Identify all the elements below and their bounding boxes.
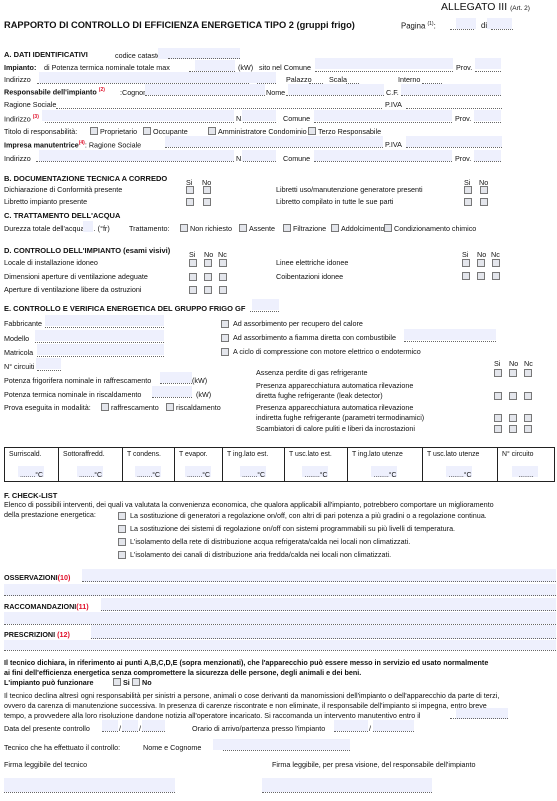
nome-cognome-label: Nome e Cognome bbox=[143, 743, 201, 752]
indirizzo-resp-field[interactable] bbox=[42, 110, 234, 121]
d-item-label: Dimensioni aperture di ventilazione adeg… bbox=[4, 272, 148, 281]
cf-label: C.F. bbox=[386, 88, 399, 97]
temp-cell[interactable]: T ing.lato est.........°C bbox=[223, 448, 285, 482]
potenza-frig-field[interactable] bbox=[160, 372, 192, 383]
checkbox-no[interactable] bbox=[204, 286, 212, 294]
checklist-item: L'isolamento della rete di distribuzione… bbox=[130, 537, 410, 546]
comune-resp-field[interactable] bbox=[314, 110, 452, 121]
checklist-intro: della prestazione energetica: bbox=[4, 510, 96, 519]
checkbox-type[interactable] bbox=[221, 348, 229, 356]
kw-unit: (kW) bbox=[192, 376, 207, 385]
temp-cell[interactable]: T ing.lato utenze........°C bbox=[348, 448, 423, 482]
cognome-field[interactable] bbox=[145, 84, 265, 95]
pagine-totali-field[interactable] bbox=[487, 18, 512, 29]
col-no: No bbox=[204, 250, 213, 259]
checkbox-no[interactable] bbox=[477, 259, 485, 267]
data-giorno-field[interactable] bbox=[102, 720, 118, 731]
trattamento-non-richiesto[interactable]: Non richiesto bbox=[180, 224, 232, 233]
trattamento-label: Trattamento: bbox=[129, 224, 169, 233]
col-si: Si bbox=[462, 250, 468, 259]
checkbox-si[interactable] bbox=[462, 259, 470, 267]
circuiti-label: N° circuiti bbox=[4, 362, 34, 371]
trattamento-condizionamento[interactable]: Condizionamento chimico bbox=[384, 224, 476, 233]
indirizzo-impianto-field[interactable] bbox=[39, 72, 247, 83]
checkbox-no[interactable] bbox=[203, 198, 211, 206]
trattamento-filtrazione[interactable]: Filtrazione bbox=[283, 224, 326, 233]
checkbox-nc[interactable] bbox=[524, 369, 532, 377]
checkbox-no[interactable] bbox=[204, 259, 212, 267]
col-nc: Nc bbox=[524, 359, 533, 368]
pagina-field[interactable] bbox=[456, 18, 476, 29]
checkbox-no[interactable] bbox=[480, 186, 488, 194]
checkbox-checklist[interactable] bbox=[118, 525, 126, 533]
checkbox-no[interactable] bbox=[480, 198, 488, 206]
checkbox-si[interactable] bbox=[189, 286, 197, 294]
section-c-title: C. TRATTAMENTO DELL'ACQUA bbox=[4, 211, 120, 220]
checkbox[interactable] bbox=[166, 403, 174, 411]
checkbox-no[interactable] bbox=[203, 186, 211, 194]
checkbox-nc[interactable] bbox=[219, 273, 227, 281]
e-check-label: Scambiatori di calore puliti e liberi da… bbox=[256, 424, 415, 433]
civico-impianto-field[interactable] bbox=[242, 72, 276, 83]
indirizzo-label: Indirizzo bbox=[4, 75, 31, 84]
page-title: RAPPORTO DI CONTROLLO DI EFFICIENZA ENER… bbox=[4, 20, 355, 30]
temp-cell[interactable]: T usc.lato utenze........°C bbox=[423, 448, 498, 482]
checkbox[interactable] bbox=[101, 403, 109, 411]
impresa-civico-field[interactable] bbox=[242, 150, 276, 161]
declaration-text: ai fini dell'efficienza energetica senza… bbox=[4, 668, 361, 677]
titolo-amministratore[interactable]: Amministratore Condominio bbox=[208, 127, 307, 136]
responsabile-label: Responsabile dell'impianto (2) bbox=[4, 87, 105, 96]
section-a-title: A. DATI IDENTIFICATIVI bbox=[4, 50, 88, 59]
d-item-label: Coibentazioni idonee bbox=[276, 272, 343, 281]
checkbox-nc[interactable] bbox=[492, 272, 500, 280]
impresa-piva-field[interactable] bbox=[406, 136, 502, 147]
checkbox[interactable] bbox=[208, 127, 216, 135]
checkbox-si[interactable] bbox=[494, 392, 502, 400]
checkbox-si[interactable] bbox=[189, 259, 197, 267]
checkbox-type[interactable] bbox=[221, 334, 229, 342]
tecnico-label: Tecnico che ha effettuato il controllo: bbox=[4, 743, 120, 752]
disclaimer-text: ovvero da carenza di manutenzione succes… bbox=[4, 701, 487, 710]
checkbox-checklist[interactable] bbox=[118, 551, 126, 559]
checkbox[interactable] bbox=[384, 224, 392, 232]
ragione-sociale-label: Ragione Sociale bbox=[4, 100, 56, 109]
data-label: Data del presente controllo bbox=[4, 724, 90, 733]
data-anno-field[interactable] bbox=[142, 720, 165, 731]
trattamento-addolcimento[interactable]: Addolcimento bbox=[331, 224, 385, 233]
prova-label: Prova eseguita in modalità: bbox=[4, 403, 91, 412]
checklist-intro: Elenco di possibili interventi, dei qual… bbox=[4, 500, 494, 509]
col-nc: Nc bbox=[491, 250, 500, 259]
checkbox-si[interactable] bbox=[189, 273, 197, 281]
col-nc: Nc bbox=[218, 250, 227, 259]
impresa-indirizzo-field[interactable] bbox=[39, 150, 234, 161]
titolo-responsabilita-label: Titolo di responsabilità: bbox=[4, 127, 77, 136]
checkbox-nc[interactable] bbox=[524, 392, 532, 400]
raccomandazioni-label: RACCOMANDAZIONI(11) bbox=[4, 602, 89, 611]
checkbox-nc[interactable] bbox=[524, 425, 532, 433]
comune-resp-label: Comune bbox=[283, 114, 310, 123]
prescrizioni-field-2[interactable] bbox=[4, 640, 556, 650]
funziona-si[interactable]: Si bbox=[113, 678, 130, 687]
type-label: Ad assorbimento per recupero del calore bbox=[233, 319, 363, 328]
checkbox-si[interactable] bbox=[494, 369, 502, 377]
potenza-frig-label: Potenza frigorifera nominale in raffresc… bbox=[4, 376, 151, 385]
matricola-field[interactable] bbox=[37, 344, 164, 355]
firma-tecnico-field[interactable] bbox=[4, 778, 175, 792]
checkbox[interactable] bbox=[331, 224, 339, 232]
checklist-item: La sostituzione di generatori a regolazi… bbox=[130, 511, 487, 520]
codice-catasto-label: codice catasto bbox=[115, 51, 161, 60]
civico-resp-field[interactable] bbox=[242, 110, 276, 121]
orario-partenza-field[interactable] bbox=[373, 720, 414, 731]
date-separator: / bbox=[139, 724, 141, 733]
col-no: No bbox=[509, 359, 518, 368]
potenza-term-label: Potenza termica nominale in riscaldament… bbox=[4, 390, 141, 399]
fabbricante-label: Fabbricante bbox=[4, 319, 42, 328]
circuiti-field[interactable] bbox=[36, 358, 61, 369]
checkbox-si[interactable] bbox=[186, 198, 194, 206]
interno-label: Interno bbox=[398, 75, 420, 84]
checkbox[interactable] bbox=[283, 224, 291, 232]
col-si: Si bbox=[189, 250, 195, 259]
checkbox[interactable] bbox=[90, 127, 98, 135]
checkbox-si[interactable] bbox=[186, 186, 194, 194]
e-check-label: Assenza perdite di gas refrigerante bbox=[256, 368, 367, 377]
prova-riscaldamento[interactable]: riscaldamento bbox=[166, 403, 221, 412]
d-item-label: Locale di installazione idoneo bbox=[4, 258, 98, 267]
orario-arrivo-field[interactable] bbox=[334, 720, 368, 731]
piva-label: P.IVA bbox=[385, 100, 402, 109]
checkbox[interactable] bbox=[239, 224, 247, 232]
checkbox-si[interactable] bbox=[462, 272, 470, 280]
b-item-label: Libretto impianto presente bbox=[4, 197, 87, 206]
checkbox-nc[interactable] bbox=[524, 414, 532, 422]
prov-impianto-field[interactable] bbox=[475, 58, 501, 69]
impresa-prov-field[interactable] bbox=[474, 150, 501, 161]
checkbox-si[interactable] bbox=[464, 186, 472, 194]
temp-cell[interactable]: T evapor.........°C bbox=[175, 448, 223, 482]
disclaimer-text: tempo, a provvedere alla loro risoluzion… bbox=[4, 711, 421, 720]
declaration-text: Il tecnico dichiara, in riferimento ai p… bbox=[4, 658, 488, 667]
checkbox[interactable] bbox=[180, 224, 188, 232]
checkbox-nc[interactable] bbox=[219, 286, 227, 294]
checkbox-no[interactable] bbox=[509, 392, 517, 400]
type-label: Ad assorbimento a fiamma diretta con com… bbox=[233, 333, 396, 342]
temp-cell[interactable]: T usc.lato est.........°C bbox=[285, 448, 348, 482]
scala-label: Scala bbox=[329, 75, 347, 84]
checkbox-no[interactable] bbox=[204, 273, 212, 281]
checkbox-nc[interactable] bbox=[492, 259, 500, 267]
gf-number-field[interactable] bbox=[252, 299, 279, 310]
checklist-item: La sostituzione dei sistemi di regolazio… bbox=[130, 524, 455, 533]
b-item-label: Libretto compilato in tutte le sue parti bbox=[276, 197, 393, 206]
prova-raffrescamento[interactable]: raffrescamento bbox=[101, 403, 159, 412]
time-separator: / bbox=[369, 724, 371, 733]
comune-impianto-field[interactable] bbox=[315, 58, 453, 69]
trattamento-assente[interactable]: Assente bbox=[239, 224, 275, 233]
checkbox-no[interactable] bbox=[509, 369, 517, 377]
prov-resp-field[interactable] bbox=[474, 110, 501, 121]
checkbox[interactable] bbox=[143, 127, 151, 135]
section-d-title: D. CONTROLLO DELL'IMPIANTO (esami visivi… bbox=[4, 246, 170, 255]
checkbox-checklist[interactable] bbox=[118, 538, 126, 546]
firma-responsabile-label: Firma leggibile, per presa visione, del … bbox=[272, 760, 476, 769]
col-no: No bbox=[477, 250, 486, 259]
raccomandazioni-field-2[interactable] bbox=[4, 612, 556, 624]
impresa-comune-label: Comune bbox=[283, 154, 310, 163]
prescrizioni-label: PRESCRIZIONI (12) bbox=[4, 630, 70, 639]
temperature-table: Surriscald.........°C Sottoraffredd.....… bbox=[4, 447, 555, 482]
prov-label: Prov. bbox=[456, 63, 472, 72]
durezza-label: Durezza totale dell'acqua….. (°fr) bbox=[4, 224, 110, 233]
e-check-label: indiretta fughe refrigerante (parametri … bbox=[256, 413, 424, 422]
sito-comune-label: sito nel Comune bbox=[259, 63, 311, 72]
impresa-indirizzo-label: Indirizzo bbox=[4, 154, 31, 163]
firma-responsabile-field[interactable] bbox=[262, 778, 432, 792]
impresa-prov-label: Prov. bbox=[455, 154, 471, 163]
checkbox-no[interactable] bbox=[509, 414, 517, 422]
cf-field[interactable] bbox=[401, 84, 501, 95]
prov-resp-label: Prov. bbox=[455, 114, 471, 123]
data-mese-field[interactable] bbox=[122, 720, 138, 731]
e-check-label: Presenza apparecchiatura automatica rile… bbox=[256, 381, 413, 390]
col-si: Si bbox=[494, 359, 500, 368]
matricola-label: Matricola bbox=[4, 348, 33, 357]
funziona-label: L'impianto può funzionare bbox=[4, 678, 94, 687]
nome-label: Nome bbox=[266, 88, 285, 97]
checkbox-no[interactable] bbox=[477, 272, 485, 280]
funziona-no[interactable]: No bbox=[132, 678, 152, 687]
e-check-label: Presenza apparecchiatura automatica rile… bbox=[256, 403, 413, 412]
nome-field[interactable] bbox=[288, 84, 384, 95]
b-item-label: Libretti uso/manutenzione generatore pre… bbox=[276, 185, 423, 194]
impianto-label: Impianto: bbox=[4, 63, 36, 72]
titolo-proprietario[interactable]: Proprietario bbox=[90, 127, 137, 136]
temp-cell[interactable]: Surriscald.........°C bbox=[5, 448, 59, 482]
disclaimer-text: Il tecnico declina altresì ogni responsa… bbox=[4, 691, 499, 700]
titolo-terzo-responsabile[interactable]: Terzo Responsabile bbox=[308, 127, 381, 136]
prescrizioni-field[interactable] bbox=[91, 625, 556, 639]
section-f-title: F. CHECK-LIST bbox=[4, 491, 57, 500]
e-check-label: diretta fughe refrigerante (leak detecto… bbox=[256, 391, 383, 400]
d-item-label: Linee elettriche idonee bbox=[276, 258, 348, 267]
checkbox[interactable] bbox=[132, 678, 140, 686]
modello-label: Modello bbox=[4, 334, 29, 343]
checkbox[interactable] bbox=[308, 127, 316, 135]
checkbox-si[interactable] bbox=[494, 414, 502, 422]
section-b-title: B. DOCUMENTAZIONE TECNICA A CORREDO bbox=[4, 174, 167, 183]
type-label: A ciclo di compressione con motore elett… bbox=[233, 347, 421, 356]
checkbox-si[interactable] bbox=[494, 425, 502, 433]
modello-field[interactable] bbox=[35, 330, 164, 341]
date-separator: / bbox=[119, 724, 121, 733]
palazzo-label: Palazzo bbox=[286, 75, 312, 84]
durezza-field[interactable] bbox=[83, 221, 93, 232]
fabbricante-field[interactable] bbox=[45, 315, 164, 326]
kw-unit: (kW) bbox=[238, 63, 253, 72]
checkbox-type[interactable] bbox=[221, 320, 229, 328]
potenza-field[interactable] bbox=[195, 60, 235, 71]
checkbox-nc[interactable] bbox=[219, 259, 227, 267]
combustibile-field[interactable] bbox=[404, 329, 496, 340]
impresa-ragione-sociale-field[interactable] bbox=[165, 136, 383, 147]
temp-cell[interactable]: N° circuito........ bbox=[498, 448, 555, 482]
osservazioni-label: OSSERVAZIONI(10) bbox=[4, 573, 70, 582]
checkbox[interactable] bbox=[113, 678, 121, 686]
checkbox-si[interactable] bbox=[464, 198, 472, 206]
indirizzo-resp-label: Indirizzo (3) bbox=[4, 114, 39, 123]
titolo-occupante[interactable]: Occupante bbox=[143, 127, 188, 136]
b-item-label: Dichiarazione di Conformità presente bbox=[4, 185, 122, 194]
potenza-label: di Potenza termica nominale totale max bbox=[44, 63, 170, 72]
kw-unit: (kW) bbox=[196, 390, 211, 399]
tecnico-nome-field[interactable] bbox=[213, 739, 350, 750]
impresa-comune-field[interactable] bbox=[314, 150, 452, 161]
orario-label: Orario di arrivo/partenza presso l'impia… bbox=[192, 724, 325, 733]
allegato-label: ALLEGATO III (Art. 2) bbox=[441, 1, 530, 13]
d-item-label: Aperture di ventilazione libere da ostru… bbox=[4, 285, 141, 294]
checklist-item: L'isolamento dei canali di distribuzione… bbox=[130, 550, 391, 559]
impresa-piva-label: P.IVA bbox=[385, 140, 402, 149]
temp-cell[interactable]: T condens.........°C bbox=[123, 448, 175, 482]
checkbox-checklist[interactable] bbox=[118, 512, 126, 520]
checkbox-no[interactable] bbox=[509, 425, 517, 433]
firma-tecnico-label: Firma leggibile del tecnico bbox=[4, 760, 87, 769]
temp-cell[interactable]: Sottoraffredd.........°C bbox=[59, 448, 123, 482]
pagina-label: Pagina (1): bbox=[401, 21, 436, 31]
impresa-label: Impresa manutentrice(4): Ragione Sociale bbox=[4, 140, 141, 149]
section-e-title: E. CONTROLLO E VERIFICA ENERGETICA DEL G… bbox=[4, 304, 245, 313]
potenza-term-field[interactable] bbox=[152, 386, 192, 397]
